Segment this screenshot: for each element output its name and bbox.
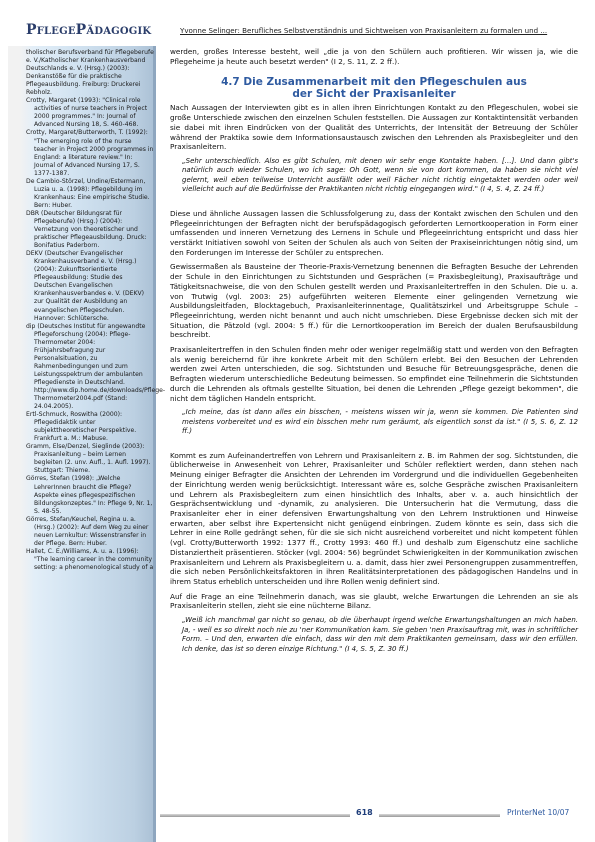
section-heading-line-1: 4.7 Die Zusammenarbeit mit den Pflegesch… (221, 76, 527, 88)
reference-list: tholischer Berufsverband für Pflegeberuf… (26, 49, 154, 572)
interview-quote: „Sehr unterschiedlich. Also es gibt Schu… (182, 157, 578, 195)
journal-issue: PrInterNet 10/07 (507, 808, 569, 817)
reference-item: tholischer Berufsverband für Pflegeberuf… (26, 49, 154, 97)
paragraph: Gewissermaßen als Bausteine der Theorie-… (170, 262, 578, 340)
reference-item: Crotty, Margaret (1993): "Clinical role … (26, 97, 154, 129)
paragraph: Kommt es zum Aufeinandertreffen von Lehr… (170, 451, 578, 587)
reference-item: Ertl-Schmuck, Roswitha (2000): Pflegedid… (26, 411, 154, 443)
paragraph: Diese und ähnliche Aussagen lassen die S… (170, 209, 578, 258)
reference-item: Görres, Stefan/Keuchel, Regina u. a. (Hr… (26, 516, 154, 548)
intro-paragraph: werden, großes Interesse besteht, weil „… (170, 47, 578, 66)
running-head: Yvonne Selinger: Berufliches Selbstverst… (180, 26, 580, 35)
section-heading-line-2: der Sicht der Praxisanleiter (292, 88, 455, 100)
reference-item: Görres, Stefan (1998): „Welche LehrerInn… (26, 475, 154, 515)
reference-item: Crotty, Margaret/Butterworth, T. (1992):… (26, 129, 154, 177)
paragraph: Auf die Frage an eine Teilnehmerin danac… (170, 592, 578, 611)
interview-quote: „Ich meine, das ist dann alles ein bissc… (182, 408, 578, 437)
section-heading: 4.7 Die Zusammenarbeit mit den Pflegesch… (170, 77, 578, 100)
paragraph: Nach Aussagen der Interviewten gibt es i… (170, 103, 578, 152)
reference-item: dip (Deutsches Institut für angewandte P… (26, 323, 154, 412)
paragraph: Praxisanleitertreffen in den Schulen fin… (170, 345, 578, 403)
reference-item: DBR (Deutscher Bildungsrat für Pflegeber… (26, 210, 154, 250)
reference-item: De Cambio-Störzel, Undine/Estermann, Luz… (26, 178, 154, 210)
footer-rule (160, 814, 500, 817)
page-number: 618 (350, 808, 379, 817)
article-body: werden, großes Interesse besteht, weil „… (170, 47, 578, 668)
reference-item: Hallet, C. E./Williams, A. u. a. (1996):… (26, 548, 154, 572)
reference-item: DEKV (Deutscher Evangelischer Krankenhau… (26, 250, 154, 322)
reference-item: Gramm, Else/Denzel, Sieglinde (2003): Pr… (26, 443, 154, 475)
journal-logo: PflegePädagogik (26, 22, 151, 38)
interview-quote: „Weiß ich manchmal gar nicht so genau, o… (182, 616, 578, 654)
